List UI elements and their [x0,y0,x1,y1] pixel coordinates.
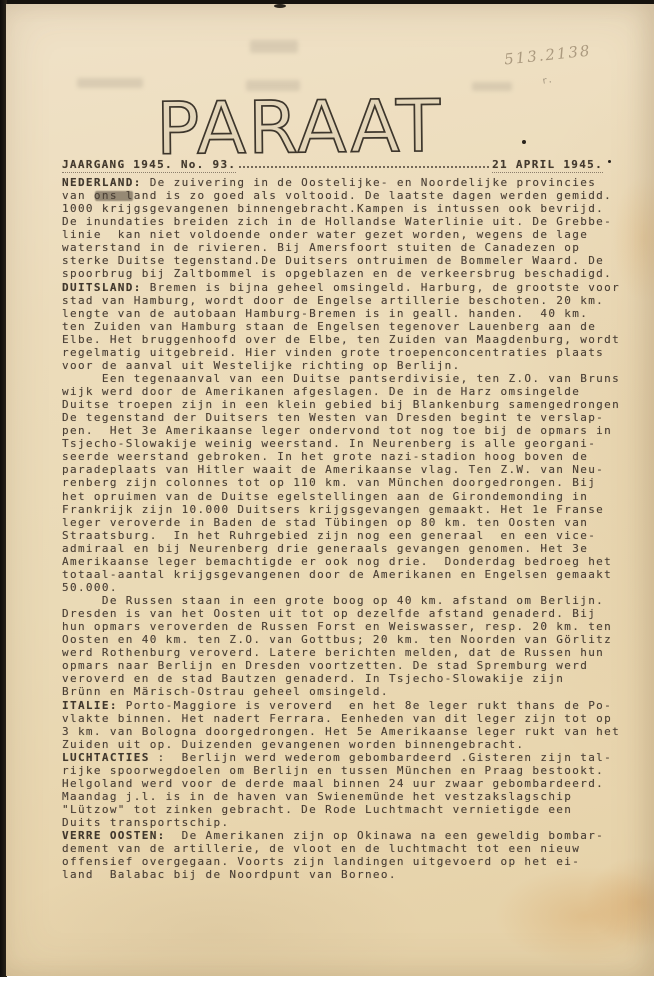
text-line: Frankrijk zijn 10.000 Duitsers krijgsgev… [62,503,654,516]
line-text: "Lützow" tot zinken gebracht. De Rode Lu… [62,803,572,816]
text-line: 50.000. [62,581,654,594]
line-text: Tsjecho-Slowakije weinig weerstand. In N… [62,437,596,450]
dotted-leader [239,157,489,168]
body-text: NEDERLAND: De zuivering in de Oostelijke… [62,176,654,881]
line-text: Oosten en 40 km. ten Z.O. van Gottbus; 2… [62,633,612,646]
section-heading: VERRE OOSTEN: [62,829,166,842]
text-line: totaal-aantal krijgsgevangenen door de A… [62,568,654,581]
text-line: veroverd en de stad Bautzen genaderd. In… [62,672,654,685]
line-text: Brünn en Märisch-Ostrau geheel omsingeld… [62,685,389,698]
line-text: De Russen staan in een grote boog op 40 … [62,594,604,607]
text-line: Helgoland werd voor de derde maal binnen… [62,777,654,790]
line-text: dement van de artillerie, de vloot en de… [62,842,580,855]
paper: PARAAT 513.2138 r. JAARGANG 1945. No. 93… [6,4,654,976]
line-text: offensief overgegaan. Voorts zijn landin… [62,855,580,868]
text-line: De Russen staan in een grote boog op 40 … [62,594,654,607]
line-text: Bremen is bijna geheel omsingeld. Harbur… [142,281,620,294]
bleedthrough-ghost [77,78,143,88]
text-line: Zuiden uit op. Duizenden gevangenen word… [62,738,654,751]
text-line: stad van Hamburg, wordt door de Engelse … [62,294,654,307]
line-text: 3 km. van Bologna doorgedrongen. Het 5e … [62,725,620,738]
line-text: leger veroverde in Baden de stad Tübinge… [62,516,588,529]
text-line: rijke spoorwegdoelen om Berlijn en tusse… [62,764,654,777]
text-line: hun opmars veroverden de Russen Forst en… [62,620,654,633]
line-text: werd Rothenburg veroverd. Latere bericht… [62,646,604,659]
text-line: regelmatig uitgebreid. Hier vinden grote… [62,346,654,359]
line-text: renberg zijn colonnes tot op 110 km. van… [62,476,596,489]
line-text: 50.000. [62,581,118,594]
text-line: Dresden is van het Oosten uit tot op dez… [62,607,654,620]
text-line: het opruimen van de Duitse egelstellinge… [62,490,654,503]
line-text: voor de aanval uit Westelijke richting o… [62,359,461,372]
text-line: lengte van de autobaan Hamburg-Bremen is… [62,307,654,320]
pencil-smudge: r. [541,75,553,87]
line-text: opmars naar Berlijn en Dresden voortzett… [62,659,588,672]
line-text: seerde weerstand gebroken. In het grote … [62,450,588,463]
text-line: Tsjecho-Slowakije weinig weerstand. In N… [62,437,654,450]
line-text: Porto-Maggiore is veroverd en het 8e leg… [118,699,612,712]
text-line: Duitse troepen zijn in een klein gebied … [62,398,654,411]
text-line: LUCHTACTIES : Berlijn werd wederom gebom… [62,751,654,764]
line-text: Maandag j.l. is in de haven van Swienemü… [62,790,572,803]
bleedthrough-ghost [250,40,298,53]
text-line: Amerikaanse leger bemachtigde er ook nog… [62,555,654,568]
line-text: Zuiden uit op. Duizenden gevangenen word… [62,738,524,751]
text-line: pen. Het 3e Amerikaanse leger ondervond … [62,424,654,437]
line-text: Straatsburg. In het Ruhrgebied zijn nog … [62,529,596,542]
line-text: : Berlijn werd wederom gebombardeerd .Gi… [150,751,612,764]
text-line: 1000 krijgsgevangenen binnengebracht.Kam… [62,202,654,215]
issue-line: JAARGANG 1945. No. 93. 21 APRIL 1945. [62,157,603,172]
text-line: 3 km. van Bologna doorgedrongen. Het 5e … [62,725,654,738]
section-heading: ITALIE: [62,699,118,712]
section-heading: LUCHTACTIES [62,751,150,764]
line-text: Een tegenaanval van een Duitse pantserdi… [62,372,620,385]
text-line: "Lützow" tot zinken gebracht. De Rode Lu… [62,803,654,816]
line-text: hun opmars veroverden de Russen Forst en… [62,620,612,633]
line-text: waterstand in de rivieren. Bij Amersfoor… [62,241,580,254]
text-line: offensief overgegaan. Voorts zijn landin… [62,855,654,868]
text-line: DUITSLAND: Bremen is bijna geheel omsing… [62,281,654,294]
text-line: Maandag j.l. is in de haven van Swienemü… [62,790,654,803]
line-text: lengte van de autobaan Hamburg-Bremen is… [62,307,588,320]
text-line: De tegenstand der Duitsers ten Westen va… [62,411,654,424]
line-text: linie kan niet voldoende onder water gez… [62,228,588,241]
line-text: De inundaties breiden zich in de Holland… [62,215,612,228]
text-line: wijk werd door de Amerikanen afgeslagen.… [62,385,654,398]
line-text: land Balabac bij de Noordpunt van Borneo… [62,868,397,881]
line-text: rijke spoorwegdoelen om Berlijn en tusse… [62,764,604,777]
line-text: paradeplaats van Hitler waait de Amerika… [62,463,604,476]
text-line: waterstand in de rivieren. Bij Amersfoor… [62,241,654,254]
text-line: van ons land is zo goed als voltooid. De… [62,189,654,202]
pencil-annotation: 513.2138 [503,41,592,68]
text-line: Brünn en Märisch-Ostrau geheel omsingeld… [62,685,654,698]
line-text: admiraal en bij Neurenberg drie generaal… [62,542,588,555]
text-line: Straatsburg. In het Ruhrgebied zijn nog … [62,529,654,542]
line-text: Duitse troepen zijn in een klein gebied … [62,398,620,411]
line-text: totaal-aantal krijgsgevangenen door de A… [62,568,612,581]
line-text: stad van Hamburg, wordt door de Engelse … [62,294,604,307]
text-line: linie kan niet voldoende onder water gez… [62,228,654,241]
line-text: Helgoland werd voor de derde maal binnen… [62,777,604,790]
text-line: De inundaties breiden zich in de Holland… [62,215,654,228]
line-text: het opruimen van de Duitse egelstellinge… [62,490,588,503]
text-line: dement van de artillerie, de vloot en de… [62,842,654,855]
text-line: VERRE OOSTEN: De Amerikanen zijn op Okin… [62,829,654,842]
text-line: renberg zijn colonnes tot op 110 km. van… [62,476,654,489]
ink-speck [608,160,611,163]
line-text: sterke Duitse tegenstand.De Duitsers ont… [62,254,604,267]
text-line: sterke Duitse tegenstand.De Duitsers ont… [62,254,654,267]
text-line: seerde weerstand gebroken. In het grote … [62,450,654,463]
text-line: Duits transportschip. [62,816,654,829]
line-text: veroverd en de stad Bautzen genaderd. In… [62,672,564,685]
section-heading: DUITSLAND: [62,281,142,294]
line-text: De zuivering in de Oostelijke- en Noorde… [142,176,596,189]
ink-speck [274,4,286,8]
text-line: paradeplaats van Hitler waait de Amerika… [62,463,654,476]
line-text: vlakte binnen. Het nadert Ferrara. Eenhe… [62,712,612,725]
text-line: opmars naar Berlijn en Dresden voortzett… [62,659,654,672]
text-line: voor de aanval uit Westelijke richting o… [62,359,654,372]
line-text: 1000 krijgsgevangenen binnengebracht.Kam… [62,202,604,215]
line-text: Elbe. Het bruggenhoofd over de Elbe, ten… [62,333,620,346]
line-text: spoorbrug bij Zaltbommel is opgeblazen e… [62,267,612,280]
line-text: Frankrijk zijn 10.000 Duitsers krijgsgev… [62,503,604,516]
text-line: ITALIE: Porto-Maggiore is veroverd en he… [62,699,654,712]
line-text: De Amerikanen zijn op Okinawa na een gew… [166,829,605,842]
text-line: Oosten en 40 km. ten Z.O. van Gottbus; 2… [62,633,654,646]
text-line: admiraal en bij Neurenberg drie generaal… [62,542,654,555]
issue-date: 21 APRIL 1945. [492,158,603,173]
line-text: wijk werd door de Amerikanen afgeslagen.… [62,385,580,398]
line-text: De tegenstand der Duitsers ten Westen va… [62,411,604,424]
text-line: Een tegenaanval van een Duitse pantserdi… [62,372,654,385]
line-text: pen. Het 3e Amerikaanse leger ondervond … [62,424,612,437]
text-line: werd Rothenburg veroverd. Latere bericht… [62,646,654,659]
text-line: leger veroverde in Baden de stad Tübinge… [62,516,654,529]
issue-number: JAARGANG 1945. No. 93. [62,158,236,173]
ink-speck [522,140,526,144]
text-line: Elbe. Het bruggenhoofd over de Elbe, ten… [62,333,654,346]
text-line: spoorbrug bij Zaltbommel is opgeblazen e… [62,267,654,280]
text-line: land Balabac bij de Noordpunt van Borneo… [62,868,654,881]
scanned-page: PARAAT 513.2138 r. JAARGANG 1945. No. 93… [0,0,654,1000]
line-text: Dresden is van het Oosten uit tot op dez… [62,607,596,620]
line-text: regelmatig uitgebreid. Hier vinden grote… [62,346,604,359]
line-text: Amerikaanse leger bemachtigde er ook nog… [62,555,612,568]
line-text: van ons land is zo goed als voltooid. De… [62,189,612,202]
section-heading: NEDERLAND: [62,176,142,189]
text-line: ten Zuiden van Hamburg staan de Engelsen… [62,320,654,333]
text-line: vlakte binnen. Het nadert Ferrara. Eenhe… [62,712,654,725]
text-line: NEDERLAND: De zuivering in de Oostelijke… [62,176,654,189]
line-text: ten Zuiden van Hamburg staan de Engelsen… [62,320,596,333]
line-text: Duits transportschip. [62,816,229,829]
